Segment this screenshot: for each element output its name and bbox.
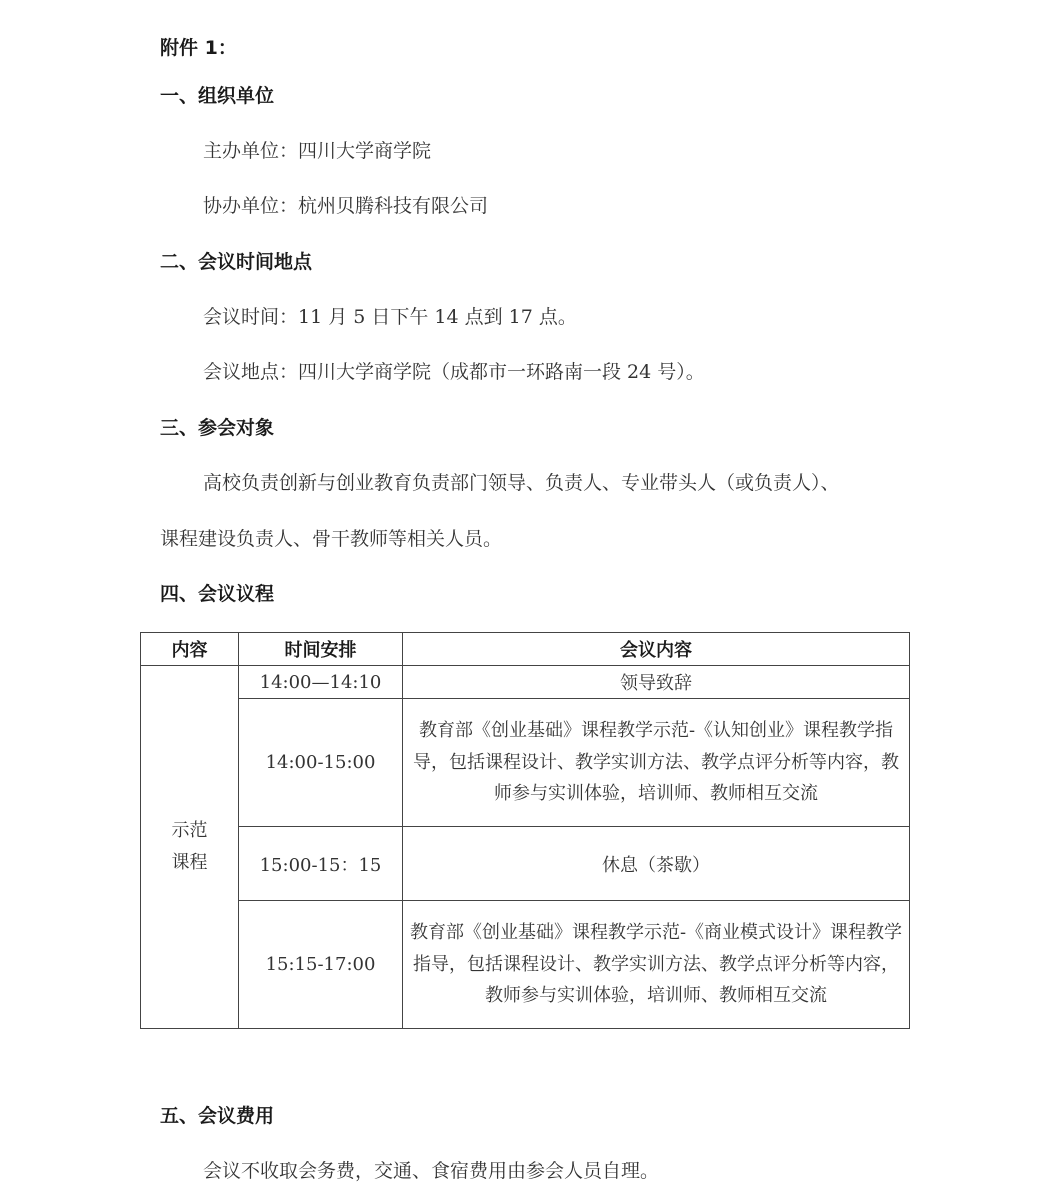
- section-heading-fees: 五、会议费用: [160, 1101, 274, 1128]
- fees-note: 会议不收取会务费，交通、食宿费用由参会人员自理。: [203, 1156, 659, 1183]
- meeting-time: 会议时间：11 月 5 日下午 14 点到 17 点。: [203, 302, 577, 329]
- group-label-line-2: 课程: [141, 847, 238, 879]
- header-content: 内容: [141, 633, 239, 666]
- row-time: 14:00—14:10: [239, 666, 403, 699]
- group-label-line-1: 示范: [141, 815, 238, 847]
- row-content: 教育部《创业基础》课程教学示范-《认知创业》课程教学指导，包括课程设计、教学实训…: [403, 699, 910, 827]
- agenda-table: 内容 时间安排 会议内容 示范 课程 14:00—14:10 领导致辞 14:0…: [140, 632, 910, 1029]
- section-heading-organizers: 一、组织单位: [160, 81, 274, 108]
- table-row: 15:00-15：15 休息（茶歇）: [141, 827, 910, 901]
- attachment-label: 附件 1：: [160, 33, 237, 60]
- row-time: 14:00-15:00: [239, 699, 403, 827]
- section-heading-agenda: 四、会议议程: [160, 579, 274, 606]
- group-label: 示范 课程: [141, 666, 239, 1029]
- row-content: 领导致辞: [403, 666, 910, 699]
- table-row: 示范 课程 14:00—14:10 领导致辞: [141, 666, 910, 699]
- row-time: 15:00-15：15: [239, 827, 403, 901]
- row-time: 15:15-17:00: [239, 901, 403, 1029]
- table-header-row: 内容 时间安排 会议内容: [141, 633, 910, 666]
- table-row: 15:15-17:00 教育部《创业基础》课程教学示范-《商业模式设计》课程教学…: [141, 901, 910, 1029]
- attendees-line-1: 高校负责创新与创业教育负责部门领导、负责人、专业带头人（或负责人）、: [203, 468, 840, 495]
- meeting-place: 会议地点：四川大学商学院（成都市一环路南一段 24 号）。: [203, 357, 705, 384]
- host-organizer: 主办单位：四川大学商学院: [203, 136, 431, 163]
- attendees-line-2: 课程建设负责人、骨干教师等相关人员。: [160, 524, 502, 551]
- row-content: 休息（茶歇）: [403, 827, 910, 901]
- section-heading-attendees: 三、参会对象: [160, 413, 274, 440]
- header-meeting-content: 会议内容: [403, 633, 910, 666]
- header-time: 时间安排: [239, 633, 403, 666]
- section-heading-time-place: 二、会议时间地点: [160, 247, 312, 274]
- row-content: 教育部《创业基础》课程教学示范-《商业模式设计》课程教学指导，包括课程设计、教学…: [403, 901, 910, 1029]
- co-organizer: 协办单位：杭州贝腾科技有限公司: [203, 191, 488, 218]
- table-row: 14:00-15:00 教育部《创业基础》课程教学示范-《认知创业》课程教学指导…: [141, 699, 910, 827]
